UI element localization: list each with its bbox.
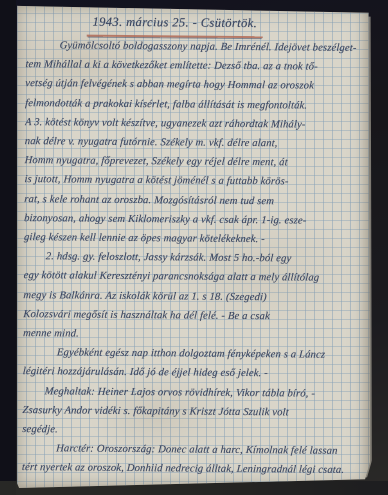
diary-page: 1943. március 25. - Csütörtök. Gyümölcso… [17, 4, 370, 488]
handwritten-line: egy kötött alakul Keresztényi parancsnok… [23, 267, 362, 289]
photo-frame-left [0, 0, 16, 495]
handwritten-content: 1943. március 25. - Csütörtök. Gyümölcso… [13, 4, 370, 491]
handwritten-line: is jutott, Homm nyugatra a kötést jöméné… [24, 170, 363, 192]
handwritten-line: légitéri hozzájárulásán. Idő jó de éjjel… [22, 363, 361, 385]
handwritten-line: vetség útján felvégének s abban megírta … [25, 74, 364, 96]
date-heading-text: 1943. március 25. - Csütörtök. [86, 10, 263, 39]
date-heading: 1943. március 25. - Csütörtök. [26, 9, 324, 39]
handwritten-line: tért nyertek az oroszok, Donhiid nedreci… [21, 459, 360, 481]
handwritten-line: felmondották a prakokai kísérlet, falba … [25, 94, 364, 116]
diary-photo: 1943. március 25. - Csütörtök. Gyümölcso… [0, 0, 388, 495]
